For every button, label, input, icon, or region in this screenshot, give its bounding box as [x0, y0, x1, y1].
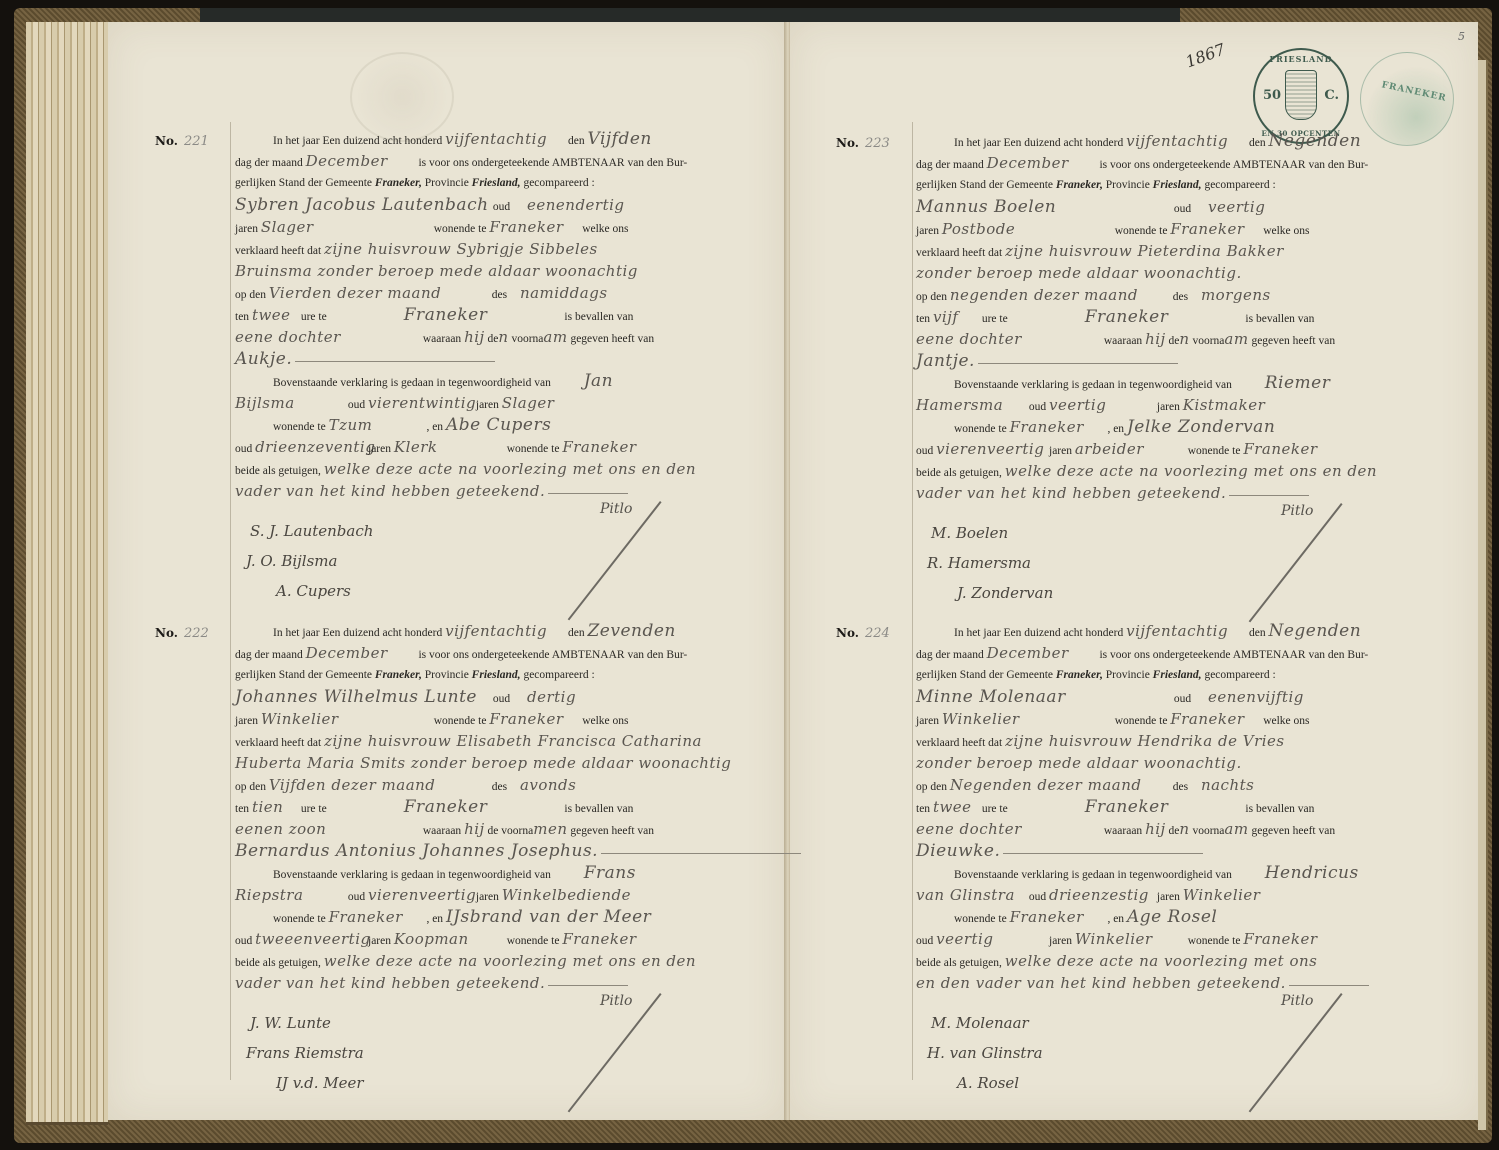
printed-text: Friesland, [1153, 179, 1202, 191]
handwritten-field: Jan [584, 371, 613, 391]
printed-text: jaren [368, 443, 391, 455]
printed-text: jaren [1049, 445, 1072, 457]
handwritten-field: drieenzeventig [255, 436, 365, 458]
printed-text: oud [493, 201, 510, 213]
printed-text: gerlijken Stand der Gemeente [235, 177, 372, 189]
handwritten-field: am [1224, 330, 1248, 348]
crown-crest-icon [1285, 70, 1317, 120]
entry-line-closing-2: vader van het kind hebben geteekend. [235, 972, 628, 994]
printed-text: jaren [235, 223, 258, 235]
handwritten-field: Frans [584, 863, 636, 883]
handwritten-field: arbeider [1075, 438, 1185, 460]
handwritten-field: Franeker [489, 708, 579, 730]
printed-text: wonende te [1188, 445, 1241, 457]
printed-text: Friesland, [472, 669, 521, 681]
handwritten-field: van Glinstra [916, 884, 1026, 906]
entry-line-mother-2: zonder beroep mede aldaar woonachtig. [916, 752, 1242, 774]
entry-line-child-sex: eene dochter waaraan hij den voornaam ge… [235, 326, 654, 348]
handwritten-field: zijne huisvrouw Sybrigje Sibbeles [324, 240, 598, 258]
handwritten-field: veertig [1208, 198, 1265, 216]
printed-text: oud [235, 443, 252, 455]
handwritten-field: welke deze acte na voorlezing met ons en… [324, 952, 696, 970]
printed-text: 224 [865, 626, 890, 641]
entry-line-occupation: jaren Postbode wonende te Franeker welke… [916, 218, 1310, 240]
printed-text: de [1169, 335, 1180, 347]
handwritten-field: Winkelier [261, 708, 431, 730]
entry-line-child-sex: eene dochter waaraan hij den voornaam ge… [916, 818, 1335, 840]
entry-line-mother-2: Bruinsma zonder beroep mede aldaar woona… [235, 260, 638, 282]
handwritten-field: vijfentachtig [445, 128, 565, 150]
printed-text: verklaard heeft dat [235, 737, 321, 749]
entry-line-birthday: op den negenden dezer maand des morgens [916, 284, 1271, 306]
handwritten-field: Franeker [1170, 218, 1260, 240]
printed-text: waaraan [1104, 335, 1142, 347]
handwritten-field: vijf [933, 306, 979, 328]
entry-line-child-sex: eene dochter waaraan hij den voornaam ge… [916, 328, 1335, 350]
entry-line-hour: ten twee ure te Franeker is bevallen van [916, 796, 1314, 818]
printed-text: gegeven heeft van [570, 333, 654, 345]
handwritten-field: December [306, 150, 416, 172]
entry-line-3: gerlijken Stand der Gemeente Franeker, P… [916, 174, 1276, 196]
entry-line-witness2: oud veertig jaren Winkelier wonende te F… [916, 928, 1318, 950]
entry-line-closing-1: beide als getuigen, welke deze acte na v… [916, 460, 1377, 482]
handwritten-field: hij [464, 820, 485, 838]
entry-line-child-sex: eenen zoon waaraan hij de voornamen gege… [235, 818, 654, 840]
municipal-seal-stamp: FRANEKER [1360, 52, 1454, 146]
handwritten-field: zonder beroep mede aldaar woonachtig. [916, 754, 1242, 772]
signature-stroke [568, 501, 662, 620]
printed-text: jaren [368, 935, 391, 947]
printed-text: gegeven heeft van [570, 825, 654, 837]
handwritten-field: IJsbrand van der Meer [446, 907, 651, 927]
signature-witness-2: J. Zondervan [957, 578, 1053, 608]
printed-text: gerlijken Stand der Gemeente [235, 669, 372, 681]
printed-text: Franeker, [1056, 669, 1103, 681]
handwritten-field: men [533, 820, 567, 838]
handwritten-field: Negenden dezer maand [950, 774, 1170, 796]
handwritten-field: vader van het kind hebben geteekend. [235, 974, 545, 992]
handwritten-field: Age Rosel [1127, 907, 1217, 927]
entry-line-witness1: van Glinstra oud drieenzestig jaren Wink… [916, 884, 1260, 906]
printed-text: gerlijken Stand der Gemeente [916, 179, 1053, 191]
printed-text: wonende te [1115, 225, 1168, 237]
printed-text: de [488, 825, 499, 837]
entry-line-3: gerlijken Stand der Gemeente Franeker, P… [235, 664, 595, 686]
printed-text: gecompareerd : [523, 177, 594, 189]
printed-text: No. [155, 626, 178, 640]
handwritten-field: zijne huisvrouw Hendrika de Vries [1005, 732, 1285, 750]
printed-text: welke ons [1263, 715, 1309, 727]
printed-text: Franeker, [1056, 179, 1103, 191]
entry-line-1: In het jaar Een duizend acht honderd vij… [954, 130, 1361, 152]
entry-line-witness-intro: Bovenstaande verklaring is gedaan in teg… [954, 372, 1330, 394]
signature-declarant: M. Molenaar [931, 1008, 1043, 1038]
printed-text [978, 363, 1178, 364]
entry-line-child-name: Jantje. [916, 350, 1178, 372]
handwritten-field: hij [1145, 330, 1166, 348]
handwritten-field: vijfentachtig [1126, 130, 1246, 152]
entry-line-hour: ten tien ure te Franeker is bevallen van [235, 796, 633, 818]
entry-line-1: In het jaar Een duizend acht honderd vij… [273, 620, 676, 642]
handwritten-field: vijfentachtig [1126, 620, 1246, 642]
signatures-block: M. Molenaar H. van Glinstra A. Rosel [931, 1008, 1043, 1098]
printed-text: ten [235, 803, 249, 815]
printed-text: is voor ons ondergeteekende AMBTENAAR va… [1099, 159, 1368, 171]
printed-text: waaraan [423, 825, 461, 837]
handwritten-field: Kistmaker [1183, 396, 1266, 414]
entry-line-child-name: Aukje. [235, 348, 495, 370]
printed-text: Franeker, [375, 177, 422, 189]
handwritten-field: December [987, 642, 1097, 664]
signature-witness-1: H. van Glinstra [927, 1038, 1043, 1068]
handwritten-field: am [543, 328, 567, 346]
entry-line-declarant: Sybren Jacobus Lautenbach oud eenenderti… [235, 194, 625, 216]
entry-line-closing-2: vader van het kind hebben geteekend. [235, 480, 628, 502]
handwritten-field: eenenvijftig [1208, 688, 1304, 706]
entry-line-closing-2: en den vader van het kind hebben geteeke… [916, 972, 1369, 994]
printed-text: , en [426, 421, 443, 433]
printed-text: , en [1107, 913, 1124, 925]
handwritten-field: Slager [502, 394, 555, 412]
entry-line-child-name: Bernardus Antonius Johannes Josephus. [235, 840, 801, 862]
handwritten-field: Dieuwke. [916, 841, 1000, 861]
printed-text: Friesland, [1153, 669, 1202, 681]
printed-text [1229, 495, 1309, 496]
official-signature: Pitlo [540, 993, 700, 1103]
printed-text: ten [916, 803, 930, 815]
printed-text: gegeven heeft van [1251, 335, 1335, 347]
printed-text: jaren [1049, 935, 1072, 947]
printed-text: den [568, 135, 585, 147]
handwritten-field: vader van het kind hebben geteekend. [916, 484, 1226, 502]
handwritten-field: Franeker [1011, 306, 1243, 328]
handwritten-field: Zevenden [587, 621, 675, 641]
printed-text: welke ons [1263, 225, 1309, 237]
handwritten-field: Negenden [1268, 621, 1361, 641]
printed-text: wonende te [273, 421, 326, 433]
printed-text: wonende te [1115, 715, 1168, 727]
printed-text: ure te [982, 313, 1008, 325]
page-stack-edge [26, 22, 108, 1125]
signature-stroke [1249, 503, 1343, 622]
handwritten-field: Aukje. [235, 349, 292, 369]
printed-text: wonende te [507, 935, 560, 947]
entry-line-2: dag der maand December is voor ons onder… [235, 150, 687, 172]
signature-witness-1: R. Hamersma [927, 548, 1053, 578]
printed-text: verklaard heeft dat [916, 737, 1002, 749]
handwritten-field: dertig [527, 688, 576, 706]
handwritten-field: veertig [936, 928, 1046, 950]
printed-text: wonende te [434, 715, 487, 727]
handwritten-field: vierentwintig [368, 392, 473, 414]
printed-text: jaren [476, 891, 499, 903]
printed-text: oud [916, 935, 933, 947]
printed-text: is bevallen van [1245, 803, 1314, 815]
printed-text: oud [1174, 693, 1191, 705]
handwritten-field: namiddags [520, 284, 608, 302]
handwritten-field: Franeker [1010, 416, 1105, 438]
entry-line-1: In het jaar Een duizend acht honderd vij… [273, 128, 652, 150]
printed-text: is voor ons ondergeteekende AMBTENAAR va… [418, 649, 687, 661]
entry-line-mother-1: verklaard heeft dat zijne huisvrouw Hend… [916, 730, 1285, 752]
printed-text: des [492, 781, 507, 793]
printed-text: dag der maand [916, 649, 984, 661]
handwritten-field: eene dochter [235, 326, 420, 348]
handwritten-field: n [1179, 330, 1189, 348]
entry-line-closing-2: vader van het kind hebben geteekend. [916, 482, 1309, 504]
printed-text: ten [235, 311, 249, 323]
printed-text: No. [155, 134, 178, 148]
printed-text: , en [426, 913, 443, 925]
handwritten-field: tweeenveertig [255, 928, 365, 950]
handwritten-field: Winkelier [1075, 928, 1185, 950]
handwritten-field: welke deze acte na voorlezing met ons [1005, 952, 1318, 970]
official-signature-text: Pitlo [600, 993, 632, 1009]
tax-stamp-top-text: FRIESLAND [1255, 54, 1347, 64]
handwritten-field: Vijfden [587, 129, 651, 149]
handwritten-field: Franeker [1243, 440, 1317, 458]
handwritten-field: eene dochter [916, 818, 1101, 840]
printed-text: op den [235, 289, 266, 301]
handwritten-field: vierenveertig [368, 884, 473, 906]
entry-line-mother-2: Huberta Maria Smits zonder beroep mede a… [235, 752, 731, 774]
printed-text: Provincie [1106, 669, 1150, 681]
handwritten-field: n [498, 328, 508, 346]
printed-text: is voor ons ondergeteekende AMBTENAAR va… [1099, 649, 1368, 661]
printed-text: Provincie [425, 669, 469, 681]
handwritten-field: Huberta Maria Smits zonder beroep mede a… [235, 754, 731, 772]
handwritten-field: zijne huisvrouw Pieterdina Bakker [1005, 242, 1284, 260]
printed-text [295, 361, 495, 362]
handwritten-field: tien [252, 796, 298, 818]
printed-text: Bovenstaande verklaring is gedaan in teg… [273, 377, 551, 389]
signature-witness-1: Frans Riemstra [246, 1038, 364, 1068]
official-signature: Pitlo [1221, 503, 1381, 613]
handwritten-field: Vijfden dezer maand [269, 774, 489, 796]
tax-stamp-currency: C. [1324, 88, 1339, 103]
signatures-block: J. W. Lunte Frans Riemstra IJ v.d. Meer [250, 1008, 364, 1098]
entry-line-2: dag der maand December is voor ons onder… [235, 642, 687, 664]
printed-text: No. [836, 136, 859, 150]
printed-text: Provincie [1106, 179, 1150, 191]
handwritten-field: Winkelier [1183, 886, 1261, 904]
signature-stroke [1249, 993, 1343, 1112]
entry-line-hour: ten vijf ure te Franeker is bevallen van [916, 306, 1314, 328]
entry-line-witness1-residence: wonende te Franeker , en IJsbrand van de… [273, 906, 651, 928]
entry-line-declarant: Johannes Wilhelmus Lunte oud dertig [235, 686, 576, 708]
handwritten-field: Slager [261, 216, 431, 238]
printed-text: den [568, 627, 585, 639]
printed-text: dag der maand [235, 649, 303, 661]
printed-text: wonende te [1188, 935, 1241, 947]
handwritten-field: December [306, 642, 416, 664]
handwritten-field: twee [933, 796, 979, 818]
printed-text [1289, 985, 1369, 986]
entry-line-witness2: oud vierenveertig jaren arbeider wonende… [916, 438, 1318, 460]
printed-text: ure te [301, 803, 327, 815]
printed-text: beide als getuigen, [235, 465, 321, 477]
printed-text: gecompareerd : [523, 669, 594, 681]
printed-text: des [1173, 291, 1188, 303]
official-signature-text: Pitlo [1281, 993, 1313, 1009]
handwritten-field: Abe Cupers [446, 415, 551, 435]
printed-text: wonende te [273, 913, 326, 925]
handwritten-field: Jelke Zondervan [1127, 417, 1275, 437]
handwritten-field: Franeker [1170, 708, 1260, 730]
printed-text: voorna [511, 333, 543, 345]
handwritten-field: welke deze acte na voorlezing met ons en… [324, 460, 696, 478]
right-page-edge [1478, 60, 1488, 1130]
printed-text: jaren [916, 715, 939, 727]
handwritten-field: Franeker [1011, 796, 1243, 818]
handwritten-field: hij [1145, 820, 1166, 838]
printed-text: op den [916, 291, 947, 303]
handwritten-field: hij [464, 328, 485, 346]
handwritten-field: Koopman [394, 928, 504, 950]
entry-number: No.223 [836, 136, 890, 151]
handwritten-field: Mannus Boelen [916, 196, 1171, 218]
handwritten-field: December [987, 152, 1097, 174]
handwritten-field: am [1224, 820, 1248, 838]
entry-line-witness2: oud drieenzeventig jaren Klerk wonende t… [235, 436, 637, 458]
handwritten-field: vijfentachtig [445, 620, 565, 642]
printed-text: oud [348, 891, 365, 903]
printed-text: de [488, 333, 499, 345]
handwritten-field: Negenden [1268, 131, 1361, 151]
printed-text: waaraan [1104, 825, 1142, 837]
handwritten-field: vierenveertig [936, 438, 1046, 460]
entry-line-witness1: Bijlsma oud vierentwintig jaren Slager [235, 392, 554, 414]
handwritten-field: Johannes Wilhelmus Lunte [235, 686, 490, 708]
signatures-block: S. J. Lautenbach J. O. Bijlsma A. Cupers [250, 516, 373, 606]
entry-line-declarant: Mannus Boelen oud veertig [916, 196, 1265, 218]
handwritten-field: Franeker [1243, 930, 1317, 948]
handwritten-field: veertig [1049, 394, 1154, 416]
printed-text: In het jaar Een duizend acht honderd [954, 627, 1123, 639]
official-signature-text: Pitlo [600, 501, 632, 517]
printed-text: voorna [501, 825, 533, 837]
printed-text: 221 [184, 134, 209, 149]
entry-line-birthday: op den Vijfden dezer maand des avonds [235, 774, 576, 796]
handwritten-field: Bijlsma [235, 392, 345, 414]
printed-text: Bovenstaande verklaring is gedaan in teg… [954, 869, 1232, 881]
printed-text: voorna [1192, 825, 1224, 837]
handwritten-field: n [1179, 820, 1189, 838]
signature-declarant: S. J. Lautenbach [250, 516, 373, 546]
handwritten-field: morgens [1201, 286, 1271, 304]
entry-line-mother-2: zonder beroep mede aldaar woonachtig. [916, 262, 1242, 284]
signature-witness-2: A. Cupers [276, 576, 373, 606]
entry-line-witness-intro: Bovenstaande verklaring is gedaan in teg… [273, 862, 636, 884]
entry-line-2: dag der maand December is voor ons onder… [916, 642, 1368, 664]
printed-text [601, 853, 801, 854]
entry-line-witness1-residence: wonende te Franeker , en Jelke Zondervan [954, 416, 1275, 438]
seal-text: FRANEKER [1381, 80, 1448, 104]
entry-line-occupation: jaren Winkelier wonende te Franeker welk… [235, 708, 629, 730]
printed-text: 222 [184, 626, 209, 641]
handwritten-field: Franeker [330, 796, 562, 818]
signature-stroke [568, 993, 662, 1112]
signature-witness-2: IJ v.d. Meer [276, 1068, 364, 1098]
entry-line-birthday: op den Negenden dezer maand des nachts [916, 774, 1254, 796]
printed-text: beide als getuigen, [916, 957, 1002, 969]
handwritten-field: nachts [1201, 776, 1254, 794]
handwritten-field: twee [252, 304, 298, 326]
printed-text: In het jaar Een duizend acht honderd [273, 135, 442, 147]
handwritten-field: Hendricus [1265, 863, 1359, 883]
entry-line-3: gerlijken Stand der Gemeente Franeker, P… [235, 172, 595, 194]
handwritten-field: Minne Molenaar [916, 686, 1171, 708]
entry-number: No.221 [155, 134, 209, 149]
official-signature: Pitlo [1221, 993, 1381, 1103]
printed-text [1003, 853, 1203, 854]
printed-text: jaren [1157, 891, 1180, 903]
signature-declarant: J. W. Lunte [250, 1008, 364, 1038]
entry-line-witness1: Riepstra oud vierenveertig jaren Winkelb… [235, 884, 631, 906]
printed-text: gecompareerd : [1204, 669, 1275, 681]
handwritten-field: Riemer [1265, 373, 1331, 393]
entry-line-1: In het jaar Een duizend acht honderd vij… [954, 620, 1361, 642]
handwritten-field: negenden dezer maand [950, 284, 1170, 306]
handwritten-field: Sybren Jacobus Lautenbach [235, 194, 490, 216]
printed-text: gerlijken Stand der Gemeente [916, 669, 1053, 681]
printed-text: Bovenstaande verklaring is gedaan in teg… [954, 379, 1232, 391]
handwritten-field: Tzum [329, 414, 424, 436]
printed-text: oud [916, 445, 933, 457]
entry-line-occupation: jaren Winkelier wonende te Franeker welk… [916, 708, 1310, 730]
printed-text: wonende te [434, 223, 487, 235]
printed-text: beide als getuigen, [916, 467, 1002, 479]
printed-text: ure te [982, 803, 1008, 815]
handwritten-field: drieenzestig [1049, 884, 1154, 906]
printed-text: oud [235, 935, 252, 947]
handwritten-field: en den vader van het kind hebben geteeke… [916, 974, 1286, 992]
printed-text: op den [235, 781, 266, 793]
printed-text: verklaard heeft dat [235, 245, 321, 257]
signature-witness-2: A. Rosel [957, 1068, 1043, 1098]
printed-text: is bevallen van [564, 311, 633, 323]
signature-declarant: M. Boelen [931, 518, 1053, 548]
handwritten-field: Hamersma [916, 394, 1026, 416]
printed-text: des [492, 289, 507, 301]
entry-number: No.224 [836, 626, 890, 641]
entry-line-mother-1: verklaard heeft dat zijne huisvrouw Piet… [916, 240, 1284, 262]
printed-text: jaren [916, 225, 939, 237]
printed-text [548, 985, 628, 986]
handwritten-field: zonder beroep mede aldaar woonachtig. [916, 264, 1242, 282]
handwritten-field: Winkelier [942, 708, 1112, 730]
printed-text: Franeker, [375, 669, 422, 681]
margin-rule [230, 122, 231, 1080]
handwritten-field: Franeker [329, 906, 424, 928]
printed-text: is bevallen van [1245, 313, 1314, 325]
printed-text: dag der maand [916, 159, 984, 171]
printed-text: oud [493, 693, 510, 705]
printed-text: welke ons [582, 223, 628, 235]
printed-text: jaren [235, 715, 258, 727]
printed-text: den [1249, 137, 1266, 149]
printed-text: beide als getuigen, [235, 957, 321, 969]
handwritten-field: Franeker [1010, 906, 1105, 928]
handwritten-field: welke deze acte na voorlezing met ons en… [1005, 462, 1377, 480]
handwritten-field: Franeker [489, 216, 579, 238]
printed-text: gegeven heeft van [1251, 825, 1335, 837]
printed-text: 223 [865, 136, 890, 151]
entry-line-hour: ten twee ure te Franeker is bevallen van [235, 304, 633, 326]
handwritten-field: eenendertig [527, 196, 625, 214]
printed-text: In het jaar Een duizend acht honderd [273, 627, 442, 639]
printed-text: wonende te [954, 913, 1007, 925]
